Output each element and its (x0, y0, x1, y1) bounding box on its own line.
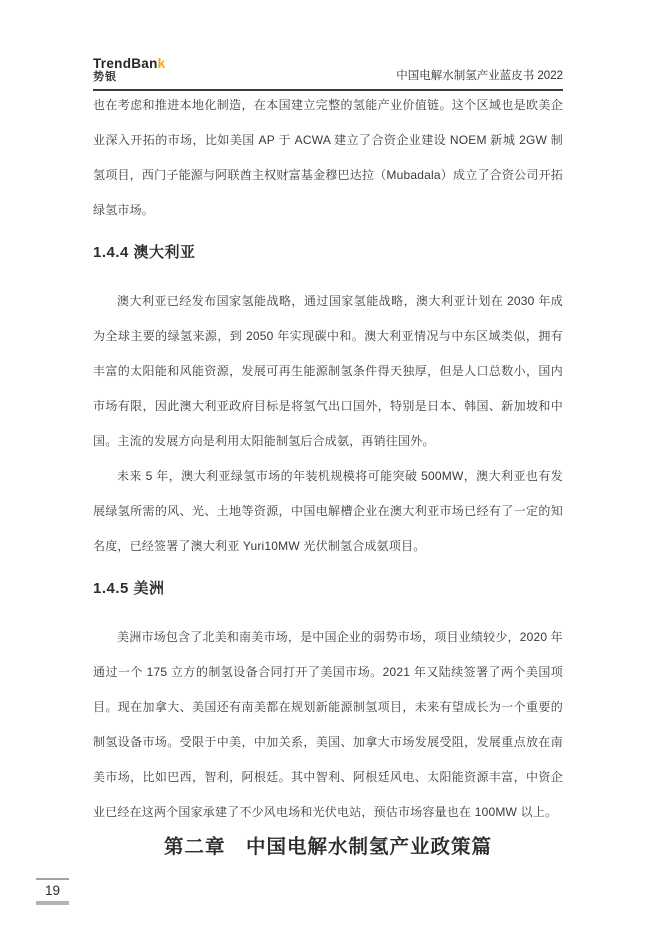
section-heading-1-4-5: 1.4.5 美洲 (93, 578, 563, 600)
paragraph: 澳大利亚已经发布国家氢能战略，通过国家氢能战略，澳大利亚计划在 2030 年成为… (93, 284, 563, 459)
paragraph: 也在考虑和推进本地化制造，在本国建立完整的氢能产业价值链。这个区域也是欧美企业深… (93, 88, 563, 228)
document-page: TrendBank 势银 中国电解水制氢产业蓝皮书 2022 也在考虑和推进本地… (0, 0, 660, 934)
page-number-block: 19 (36, 878, 69, 905)
logo-accent-letter: k (158, 56, 166, 71)
logo-text: TrendBan (93, 56, 158, 71)
running-head-title: 中国电解水制氢产业蓝皮书 2022 (396, 67, 563, 84)
page-header: TrendBank 势银 中国电解水制氢产业蓝皮书 2022 (93, 0, 563, 91)
document-body: 也在考虑和推进本地化制造，在本国建立完整的氢能产业价值链。这个区域也是欧美企业深… (93, 88, 563, 861)
paragraph: 未来 5 年，澳大利亚绿氢市场的年装机规模将可能突破 500MW，澳大利亚也有发… (93, 459, 563, 564)
section-heading-1-4-4: 1.4.4 澳大利亚 (93, 242, 563, 264)
trendbank-logo: TrendBank 势银 (93, 57, 165, 84)
chapter-title: 第二章 中国电解水制氢产业政策篇 (93, 833, 563, 861)
logo-subtitle: 势银 (93, 72, 165, 84)
paragraph: 美洲市场包含了北美和南美市场，是中国企业的弱势市场，项目业绩较少，2020 年通… (93, 620, 563, 830)
logo-wordmark: TrendBank (93, 57, 165, 71)
page-number: 19 (36, 882, 69, 900)
